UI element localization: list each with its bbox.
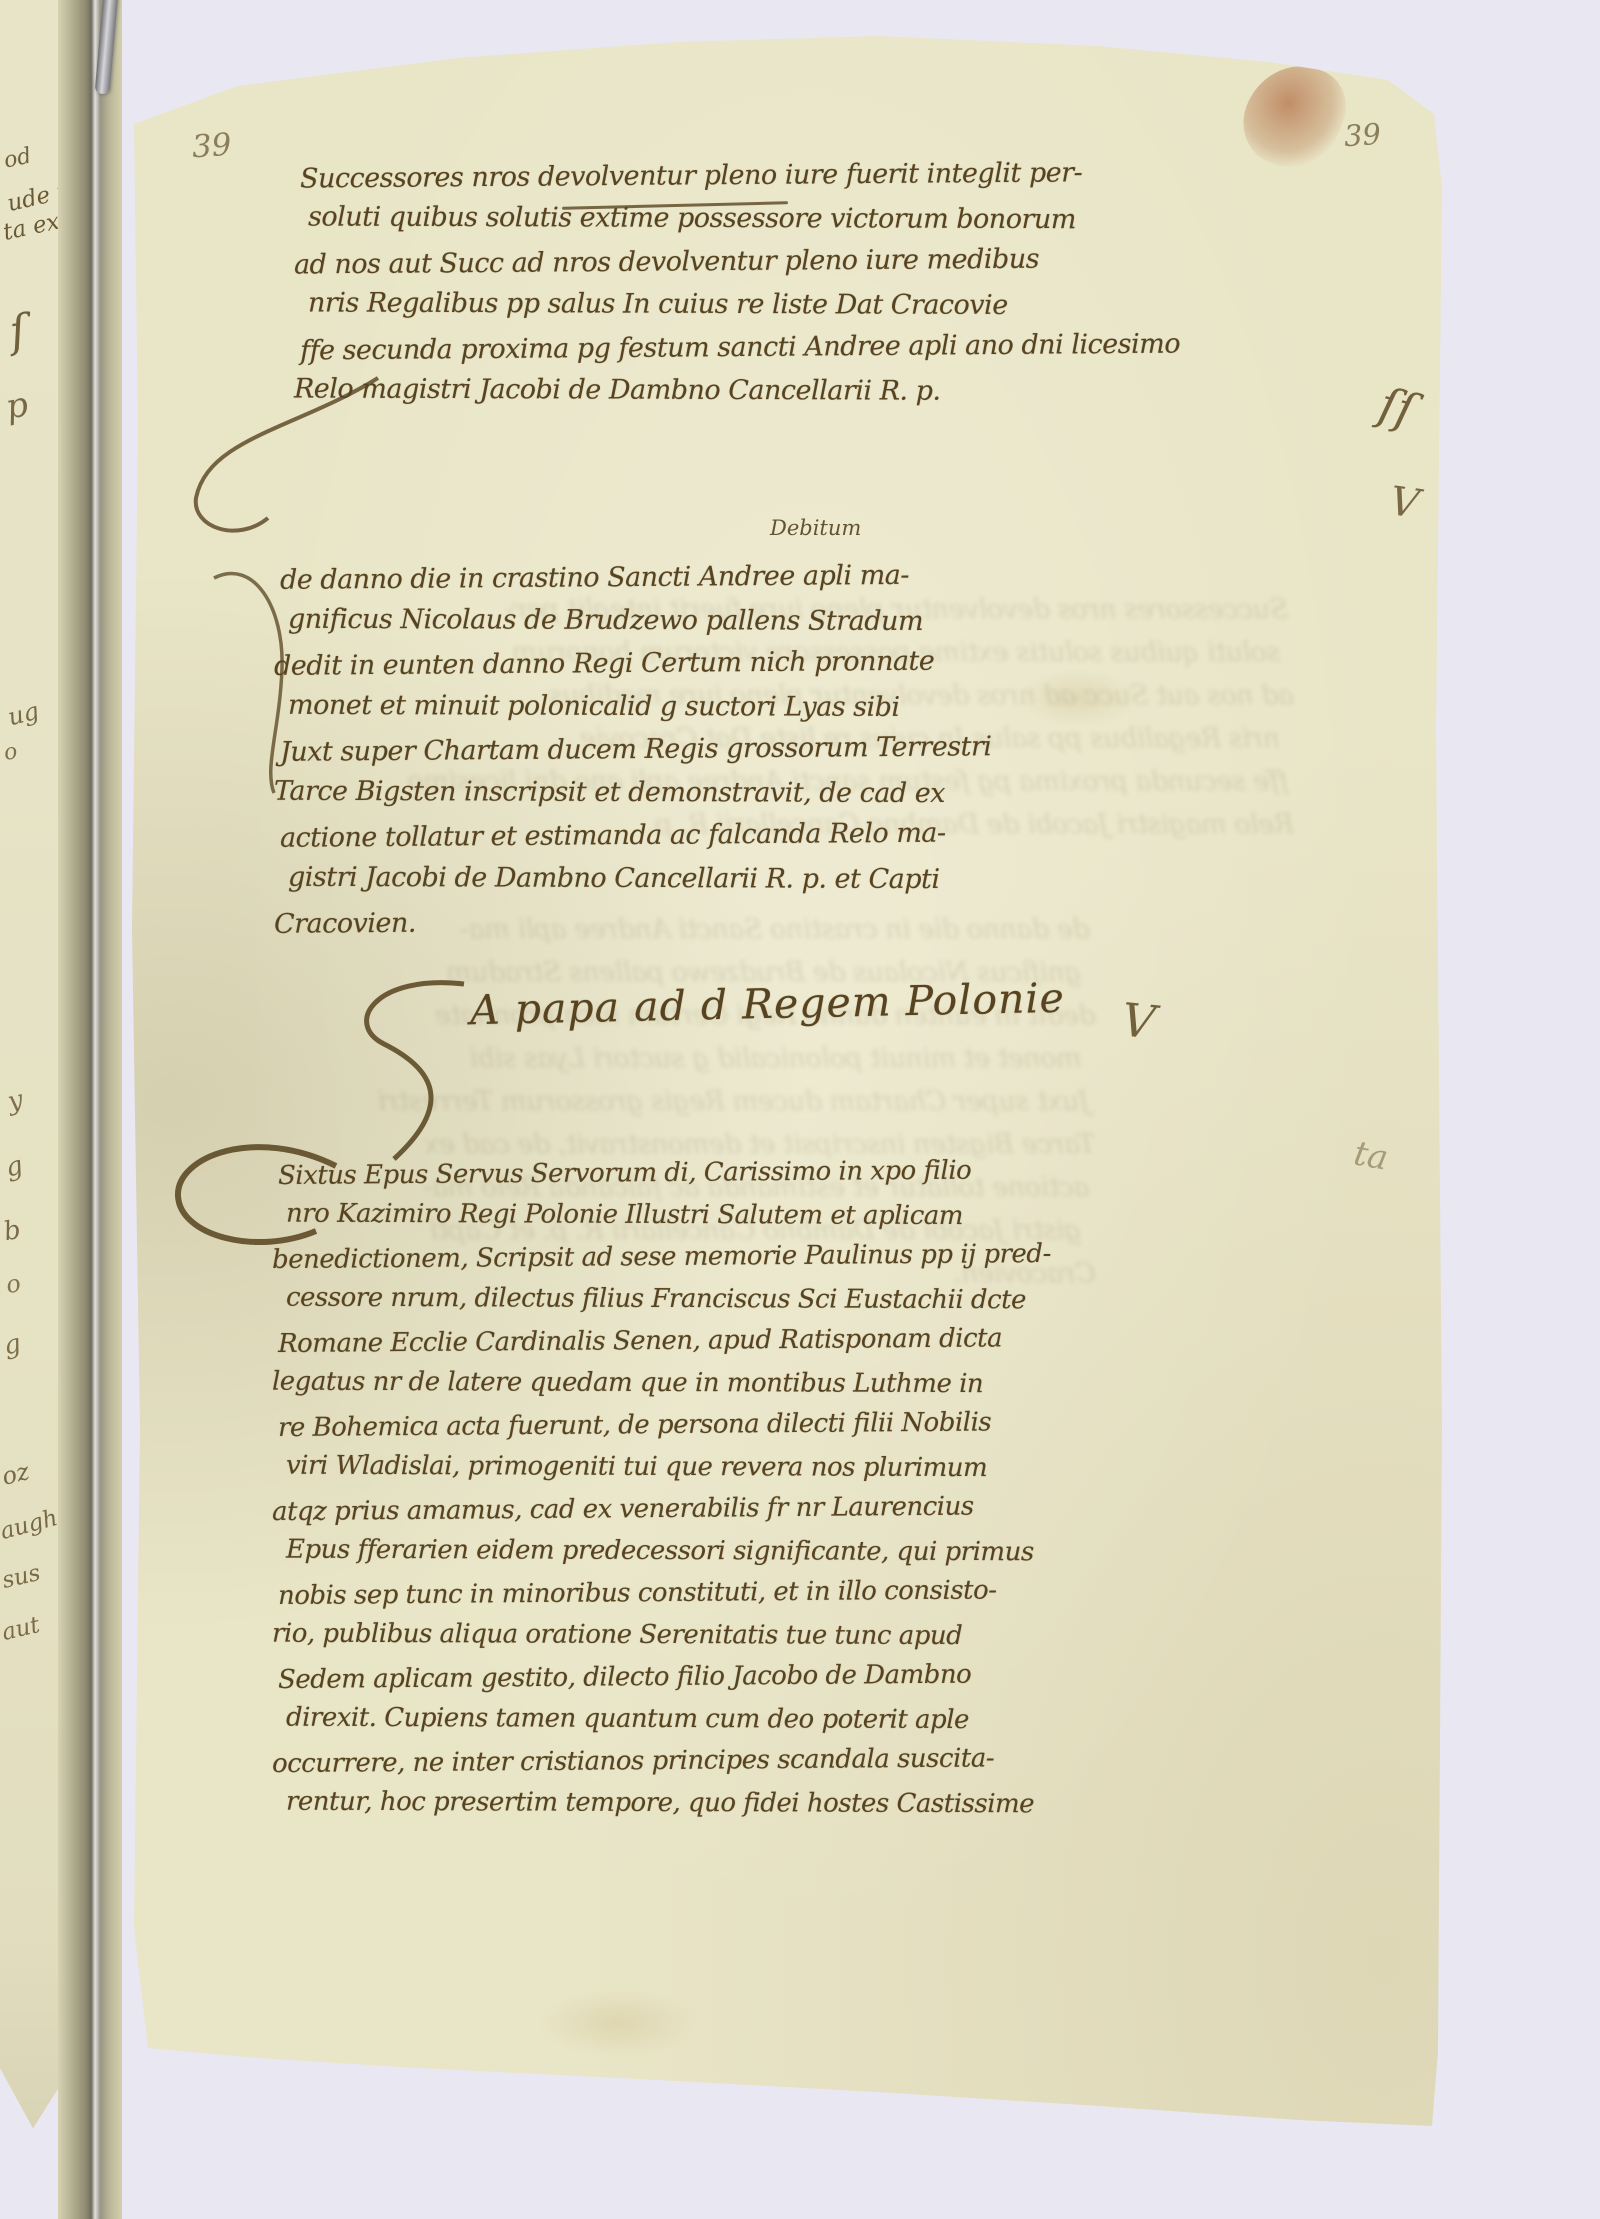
- manuscript-line: gistri Jacobi de Dambno Cancellarii R. p…: [288, 856, 992, 901]
- folio-number-right: 39: [1343, 117, 1382, 153]
- book-gutter: [58, 0, 122, 2219]
- foxing-stain: [1018, 668, 1138, 728]
- pen-flourish: [178, 368, 398, 558]
- manuscript-line: benedictionem, Scripsit ad sese memorie …: [272, 1233, 1051, 1281]
- facing-page-edge: odude fueruntta extraditeſpugoygbogozaug…: [0, 0, 60, 2150]
- manuscript-line: viri Wladislai, primogeniti tui que reve…: [286, 1445, 1051, 1490]
- heading-flourish: [334, 964, 484, 1164]
- folio-number-left: 39: [191, 127, 233, 166]
- manuscript-line: occurrere, ne inter cristianos principes…: [272, 1737, 1051, 1785]
- margin-fragment: sus: [0, 1560, 43, 1594]
- margin-fragment: g: [1, 1329, 24, 1362]
- margin-fragment: oz: [0, 1457, 32, 1491]
- manuscript-line: Sedem aplicam gestito, dilecto filio Jac…: [278, 1653, 1051, 1701]
- manuscript-line: Epus fferarien eidem predecessori signif…: [286, 1529, 1051, 1574]
- manuscript-line: rentur, hoc presertim tempore, quo fidei…: [286, 1781, 1051, 1826]
- manuscript-line: actione tollatur et estimanda ac falcand…: [280, 811, 992, 860]
- margin-fragment: ſſ: [1374, 377, 1420, 438]
- manuscript-line: Sixtus Epus Servus Servorum di, Carissim…: [278, 1149, 1051, 1197]
- manuscript-line: ffe secunda proxima pg festum sancti And…: [300, 323, 1180, 373]
- manuscript-line: re Bohemica acta fuerunt, de persona dil…: [278, 1401, 1051, 1449]
- manuscript-line: Romane Ecclie Cardinalis Senen, apud Rat…: [278, 1317, 1051, 1365]
- manuscript-line: Cracovien.: [274, 897, 992, 946]
- margin-fragment: V: [1387, 478, 1422, 528]
- entry-1-paragraph: Successores nros devolventur pleno iure …: [300, 154, 1180, 412]
- manuscript-page: 39 39 Successores nros devolventur pleno…: [118, 28, 1450, 2174]
- manuscript-line: gnificus Nicolaus de Brudzewo pallens St…: [288, 598, 992, 643]
- debitum-paragraph: de danno die in crastino Sancti Andree a…: [280, 556, 992, 943]
- margin-fragment: aut: [0, 1612, 42, 1646]
- manuscript-line: dedit in eunten danno Regi Certum nich p…: [274, 639, 992, 688]
- papal-letter-paragraph: Sixtus Epus Servus Servorum di, Carissim…: [278, 1152, 1051, 1824]
- margin-fragment: augh: [0, 1505, 60, 1545]
- manuscript-line: de danno die in crastino Sancti Andree a…: [280, 553, 992, 602]
- manuscript-line: nobis sep tunc in minoribus constituti, …: [278, 1569, 1051, 1617]
- margin-fragment: o: [3, 1269, 23, 1299]
- manuscript-line: nris Regalibus pp salus In cuius re list…: [308, 281, 1180, 327]
- margin-fragment: ug: [5, 697, 42, 732]
- manuscript-line: rio, publibus aliqua oratione Serenitati…: [272, 1613, 1051, 1658]
- margin-fragment: b: [2, 1215, 24, 1247]
- manuscript-line: Tarce Bigsten inscripsit et demonstravit…: [274, 770, 992, 816]
- margin-fragment: p: [3, 384, 31, 427]
- manuscript-line: atqz prius amamus, cad ex venerabilis fr…: [272, 1485, 1051, 1533]
- margin-fragment: V: [1119, 992, 1158, 1049]
- margin-fragment: g: [3, 1150, 26, 1183]
- margin-fragment: ſ: [7, 305, 30, 358]
- manuscript-line: Juxt super Chartam ducem Regis grossorum…: [280, 725, 992, 774]
- manuscript-line: direxit. Cupiens tamen quantum cum deo p…: [286, 1697, 1051, 1742]
- manuscript-line: nro Kazimiro Regi Polonie Illustri Salut…: [286, 1193, 1051, 1238]
- margin-fragment: ta: [1351, 1133, 1391, 1178]
- debitum-heading: Debitum: [770, 516, 861, 540]
- margin-fragment: y: [5, 1085, 26, 1117]
- manuscript-line: cessore nrum, dilectus filius Franciscus…: [286, 1277, 1051, 1322]
- margin-fragment: o: [2, 739, 19, 766]
- foxing-stain: [538, 1988, 698, 2058]
- manuscript-line: monet et minuit polonicalid g suctori Ly…: [288, 684, 992, 729]
- manuscript-line: Relo magistri Jacobi de Dambno Cancellar…: [294, 367, 1180, 413]
- manuscript-scan: { "page": { "folio_number_left": "39", "…: [0, 0, 1600, 2219]
- manuscript-line: Juxt super Chartam ducem Regis grossorum…: [378, 1080, 1090, 1123]
- manuscript-line: legatus nr de latere quedam que in monti…: [272, 1361, 1051, 1406]
- ink-stain: [1231, 51, 1357, 182]
- papal-letter-heading: A papa ad d Regem Polonie: [470, 974, 1066, 1034]
- margin-fragment: od: [2, 143, 34, 173]
- manuscript-line: ad nos aut Succ ad nros devolventur plen…: [294, 237, 1180, 287]
- manuscript-line: Successores nros devolventur pleno iure …: [300, 151, 1180, 201]
